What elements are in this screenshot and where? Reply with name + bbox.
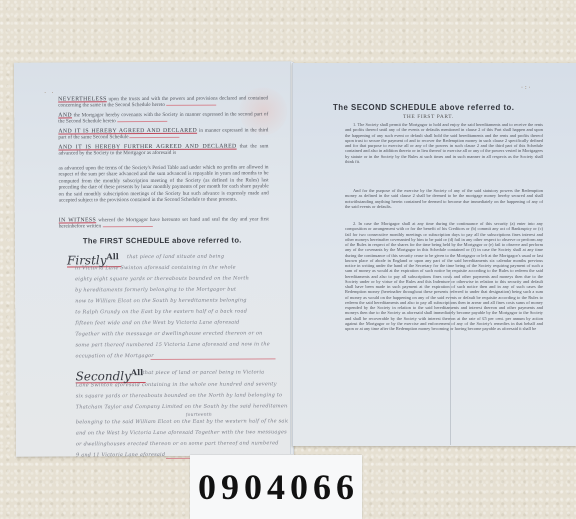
firstly-line: now to William Elcot on the South by her…: [75, 297, 287, 307]
clause-covenant: AND the Mortgagor hereby covenants with …: [58, 111, 268, 125]
clause-terms: as advanced upon the terms of the Societ…: [59, 164, 269, 204]
paragraph-2: 2. In case the Mortgagor shall at any ti…: [345, 221, 543, 331]
secondly-line: belonging to the said William Elcot on t…: [76, 418, 288, 428]
secondly-line: Lane Swinton aforesaid containing in the…: [76, 381, 288, 391]
first-schedule-title: The FIRST SCHEDULE above referred to.: [83, 236, 242, 246]
clause-agreed: AND IT IS HEREBY AGREED AND DECLARED in …: [58, 127, 268, 141]
first-part-title: THE FIRST PART.: [403, 114, 454, 120]
firstly-line: that piece of land situate and being: [127, 253, 287, 263]
firstly-line: Together with the messuage or dwellingho…: [75, 330, 287, 340]
foxing-spots: ·:·: [521, 85, 533, 91]
clause-in-witness: IN WITNESS whereof the Mortgagor have he…: [59, 216, 269, 230]
catalog-number: 0904066: [193, 466, 359, 508]
paragraph-1: 1. The Society shall permit the Mortgago…: [345, 122, 543, 164]
left-page: · · NEVERTHELESS upon the trusts and wit…: [14, 61, 294, 456]
firstly-line: some part thereof numbered 15 Victoria L…: [75, 341, 287, 351]
clause-nevertheless: NEVERTHELESS upon the trusts and with th…: [58, 95, 268, 109]
firstly-line: eighty eight square yards or thereabouts…: [75, 275, 287, 285]
secondly-line: that piece of land or parcel being in Vi…: [143, 369, 291, 379]
firstly-line: occupation of the Mortgagor: [75, 353, 155, 362]
foxing-spots: · ·: [44, 91, 56, 97]
firstly-line: in Victoria Lane Swinton aforesaid conta…: [75, 264, 287, 274]
secondly-line: and on the West by Victoria Lane aforesa…: [76, 429, 288, 439]
secondly-line: six square yards or thereabouts bounded …: [76, 392, 288, 402]
right-page: ·:· The SECOND SCHEDULE above referred t…: [292, 63, 576, 446]
paragraph-purpose: And for the purpose of the exercise by t…: [345, 188, 543, 209]
catalog-number-label: 0904066: [190, 455, 362, 519]
firstly-line: by hereditaments formerly belonging to t…: [75, 286, 287, 296]
clause-further-agreed: AND IT IS HEREBY FURTHER AGREED AND DECL…: [58, 143, 268, 157]
second-schedule-title: The SECOND SCHEDULE above referred to.: [333, 103, 514, 112]
firstly-line: fifteen feet wide and on the West by Vic…: [75, 319, 287, 329]
secondly-heading: SecondlyAll: [76, 366, 146, 383]
secondly-line: Thatcham Taylor and Company Limited on t…: [76, 403, 288, 413]
firstly-line: to Ralph Grundy on the East by the easte…: [75, 308, 287, 318]
fold-crease: [450, 270, 451, 445]
secondly-line: 9 and 11 Victoria Lane aforesaid: [76, 452, 166, 461]
end-rule: [151, 358, 276, 360]
secondly-line: or dwellinghouses erected thereon or on …: [76, 440, 288, 450]
